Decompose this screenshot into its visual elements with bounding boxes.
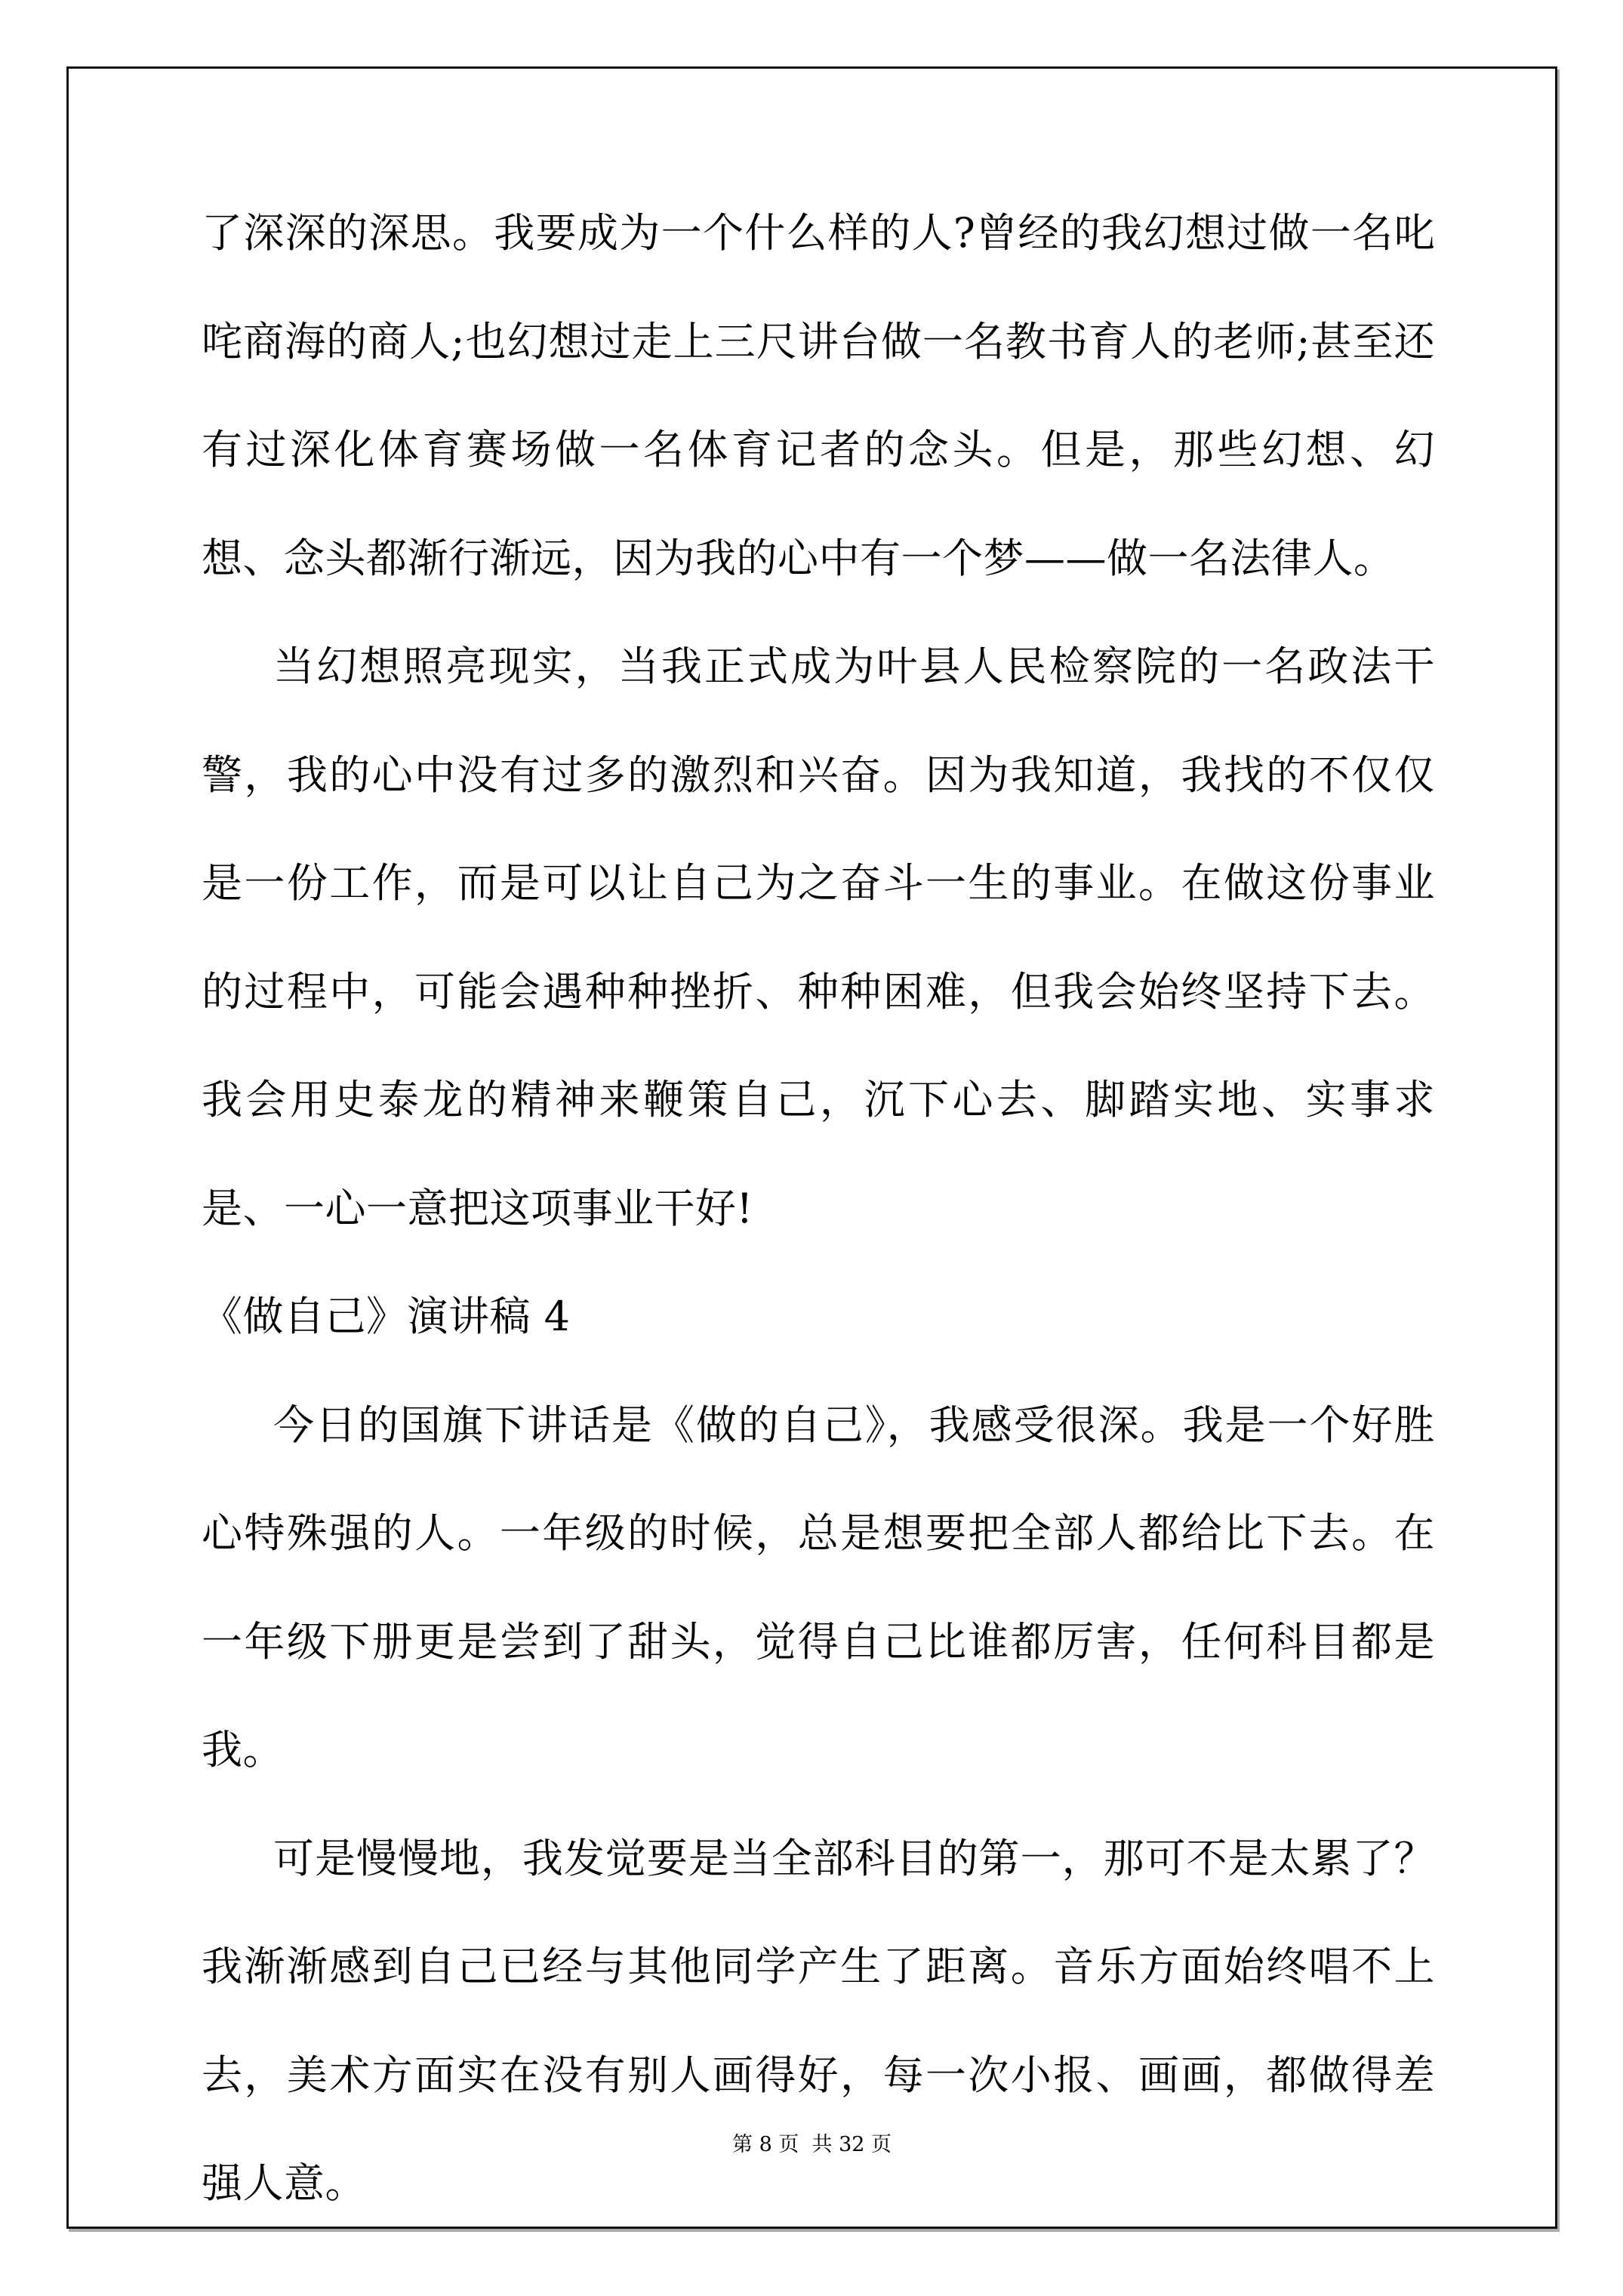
document-body: 了深深的深思。我要成为一个什么样的人?曾经的我幻想过做一名叱咤商海的商人;也幻想… [202, 179, 1435, 2238]
page-border: 了深深的深思。我要成为一个什么样的人?曾经的我幻想过做一名叱咤商海的商人;也幻想… [66, 66, 1557, 2229]
paragraph: 今日的国旗下讲话是《做的自己》，我感受很深。我是一个好胜心特殊强的人。一年级的时… [202, 1371, 1435, 1804]
paragraph: 了深深的深思。我要成为一个什么样的人?曾经的我幻想过做一名叱咤商海的商人;也幻想… [202, 179, 1435, 612]
page-footer: 第 8 页 共 32 页 [69, 2128, 1555, 2157]
paragraph: 当幻想照亮现实，当我正式成为叶县人民检察院的一名政法干警，我的心中没有过多的激烈… [202, 612, 1435, 1262]
page-number-indicator: 第 8 页 共 32 页 [732, 2133, 892, 2156]
section-heading: 《做自己》演讲稿 4 [202, 1262, 1435, 1371]
paragraph: 可是慢慢地，我发觉要是当全部科目的第一，那可不是太累了？我渐渐感到自己已经与其他… [202, 1804, 1435, 2238]
